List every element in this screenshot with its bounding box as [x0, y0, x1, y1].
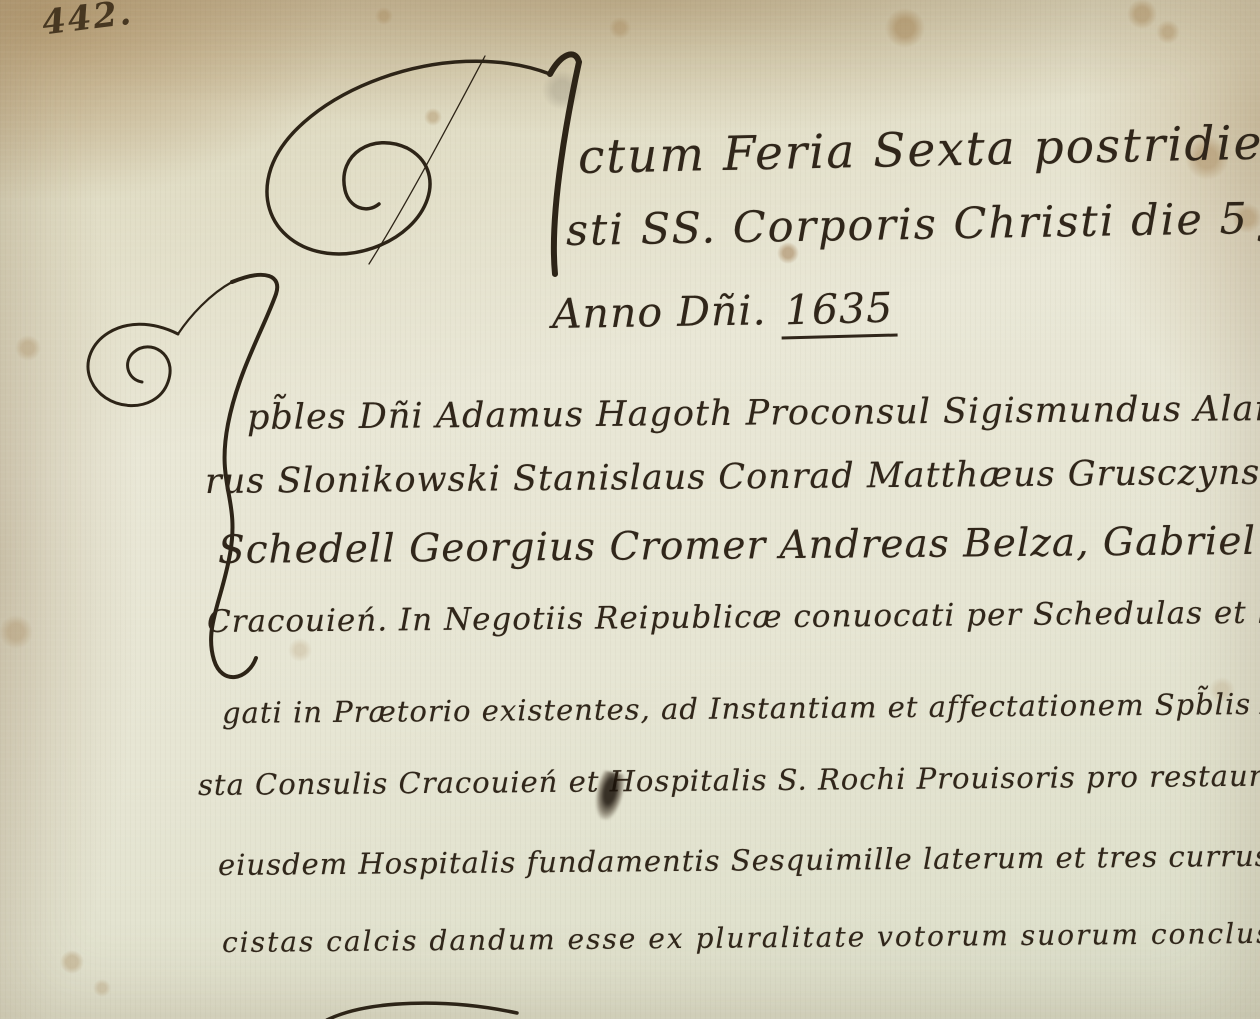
- year-underlined: 1635: [780, 283, 898, 339]
- body-line: sta Consulis Cracouień et Hospitalis S. …: [198, 758, 1260, 802]
- next-line-flourish-icon: [322, 998, 522, 1019]
- body-line: Cracouień. In Negotiis Reipublicæ conuoc…: [207, 593, 1260, 640]
- body-line: gati in Prætorio existentes, ad Instanti…: [222, 685, 1260, 730]
- body-line: Schedell Georgius Cromer Andreas Belza, …: [218, 516, 1260, 573]
- folio-number: 442.: [40, 0, 135, 43]
- body-line: rus Slonikowski Stanislaus Conrad Matthæ…: [205, 451, 1260, 502]
- body-line: cistas calcis dandum esse ex pluralitate…: [222, 916, 1260, 959]
- body-line: pb̃les Dñi Adamus Hagoth Proconsul Sigis…: [247, 387, 1260, 438]
- initial-a-flourish-icon: [245, 42, 595, 282]
- heading-line-3: Anno Dñi. 1635: [552, 284, 898, 343]
- heading-line-2: sti SS. Corporis Christi die 5 Ju: [566, 193, 1260, 256]
- manuscript-page: 442. ctum Feria Sexta postridie Fe sti S…: [0, 0, 1260, 1019]
- heading-anno-domini: Anno Dñi.: [552, 286, 767, 338]
- heading-line-1: ctum Feria Sexta postridie Fe: [577, 114, 1260, 185]
- body-line: eiusdem Hospitalis fundamentis Sesquimil…: [218, 838, 1260, 882]
